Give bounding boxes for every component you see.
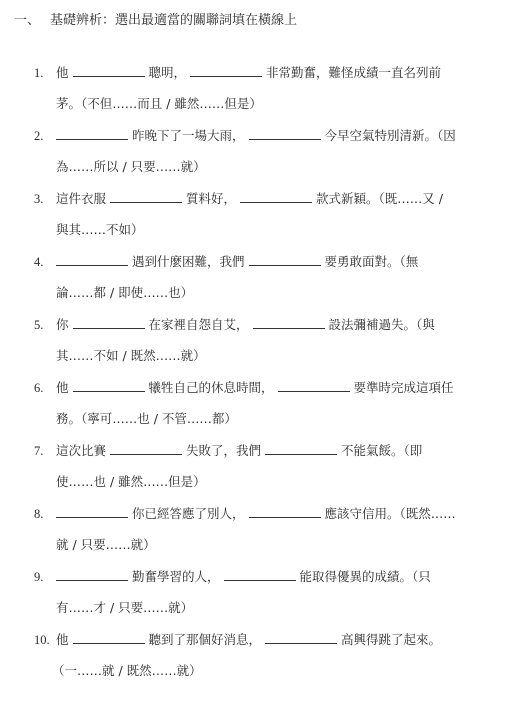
question-text: 高興得跳了起來。 xyxy=(341,632,441,647)
answer-blank[interactable] xyxy=(240,190,312,203)
question-text: 聽到了那個好消息， xyxy=(149,632,262,647)
question-text: 應該守信用。（既然…… xyxy=(325,506,456,521)
question-number: 7. xyxy=(34,442,43,460)
question-number: 1. xyxy=(34,64,43,82)
answer-blank[interactable] xyxy=(249,505,321,518)
question-text: 你 xyxy=(56,317,69,332)
answer-blank[interactable] xyxy=(73,631,145,644)
section-number: 一、 xyxy=(14,12,50,30)
answer-blank[interactable] xyxy=(278,379,350,392)
answer-blank[interactable] xyxy=(110,442,182,455)
question-line: 昨晚下了一場大雨，今早空氣特別清新。（因 xyxy=(56,127,456,145)
answer-blank[interactable] xyxy=(249,253,321,266)
section-heading: 一、基礎辨析：選出最適當的關聯詞填在橫線上 xyxy=(14,12,297,30)
answer-blank[interactable] xyxy=(56,505,128,518)
question-text: 這次比賽 xyxy=(56,443,106,458)
question-text: 犧牲自己的休息時間， xyxy=(149,380,274,395)
question-text: 能取得優異的成績。（只 xyxy=(300,569,431,584)
answer-blank[interactable] xyxy=(56,253,128,266)
question-options: （一……就 / 既然……就） xyxy=(52,662,202,680)
question-text: 他 xyxy=(56,380,69,395)
question-options: 論……都 / 即使……也） xyxy=(56,284,193,302)
question-number: 5. xyxy=(34,316,43,334)
question-number: 3. xyxy=(34,190,43,208)
question-text: 這件衣服 xyxy=(56,191,106,206)
question-number: 4. xyxy=(34,253,43,271)
question-options: 與其……不如） xyxy=(56,221,144,239)
question-line: 遇到什麼困難，我們要勇敢面對。（無 xyxy=(56,253,418,271)
answer-blank[interactable] xyxy=(249,127,321,140)
question-text: 他 xyxy=(56,632,69,647)
question-options: 為……所以 / 只要……就） xyxy=(56,158,206,176)
question-number: 10. xyxy=(34,631,50,649)
question-text: 失敗了，我們 xyxy=(186,443,261,458)
question-text: 質料好， xyxy=(186,191,236,206)
question-text: 設法彌補過失。（與 xyxy=(329,317,435,332)
question-number: 6. xyxy=(34,379,43,397)
question-text: 他 xyxy=(56,65,69,80)
worksheet-page: 一、基礎辨析：選出最適當的關聯詞填在橫線上 1. 他聰明，非常勤奮，難怪成績一直… xyxy=(0,0,523,707)
answer-blank[interactable] xyxy=(265,631,337,644)
answer-blank[interactable] xyxy=(73,316,145,329)
question-text: 在家裡自怨自艾， xyxy=(149,317,249,332)
question-options: 有……才 / 只要……就） xyxy=(56,599,193,617)
question-number: 2. xyxy=(34,127,43,145)
question-number: 9. xyxy=(34,568,43,586)
question-line: 你已經答應了別人，應該守信用。（既然…… xyxy=(56,505,456,523)
question-text: 不能氣餒。（即 xyxy=(341,443,422,458)
question-line: 他聽到了那個好消息，高興得跳了起來。 xyxy=(56,631,441,649)
question-options: 務。（寧可……也 / 不管……都） xyxy=(56,410,237,428)
answer-blank[interactable] xyxy=(190,64,262,77)
answer-blank[interactable] xyxy=(110,190,182,203)
question-text: 要勇敢面對。（無 xyxy=(325,254,419,269)
question-text: 聰明， xyxy=(149,65,187,80)
question-text: 勤奮學習的人， xyxy=(132,569,220,584)
answer-blank[interactable] xyxy=(73,379,145,392)
answer-blank[interactable] xyxy=(56,127,128,140)
question-text: 你已經答應了別人， xyxy=(132,506,245,521)
question-line: 你在家裡自怨自艾，設法彌補過失。（與 xyxy=(56,316,435,334)
answer-blank[interactable] xyxy=(253,316,325,329)
section-title: 基礎辨析：選出最適當的關聯詞填在橫線上 xyxy=(50,13,297,28)
question-line: 他聰明，非常勤奮，難怪成績一直名列前 xyxy=(56,64,441,82)
answer-blank[interactable] xyxy=(224,568,296,581)
question-options: 使……也 / 雖然……但是） xyxy=(56,473,206,491)
question-line: 他犧牲自己的休息時間，要準時完成這項任 xyxy=(56,379,454,397)
answer-blank[interactable] xyxy=(265,442,337,455)
question-options: 其……不如 / 既然……就） xyxy=(56,347,206,365)
question-text: 要準時完成這項任 xyxy=(354,380,454,395)
question-text: 今早空氣特別清新。（因 xyxy=(325,128,456,143)
question-text: 遇到什麼困難，我們 xyxy=(132,254,245,269)
question-text: 款式新穎。（既……又 / xyxy=(316,191,443,206)
question-text: 昨晚下了一場大雨， xyxy=(132,128,245,143)
question-text: 非常勤奮，難怪成績一直名列前 xyxy=(266,65,441,80)
question-options: 茅。（不但……而且 / 雖然……但是） xyxy=(56,95,262,113)
answer-blank[interactable] xyxy=(73,64,145,77)
answer-blank[interactable] xyxy=(56,568,128,581)
question-options: 就 / 只要……就） xyxy=(56,536,156,554)
question-number: 8. xyxy=(34,505,43,523)
question-line: 勤奮學習的人，能取得優異的成績。（只 xyxy=(56,568,431,586)
question-line: 這次比賽失敗了，我們不能氣餒。（即 xyxy=(56,442,422,460)
question-line: 這件衣服質料好，款式新穎。（既……又 / xyxy=(56,190,443,208)
